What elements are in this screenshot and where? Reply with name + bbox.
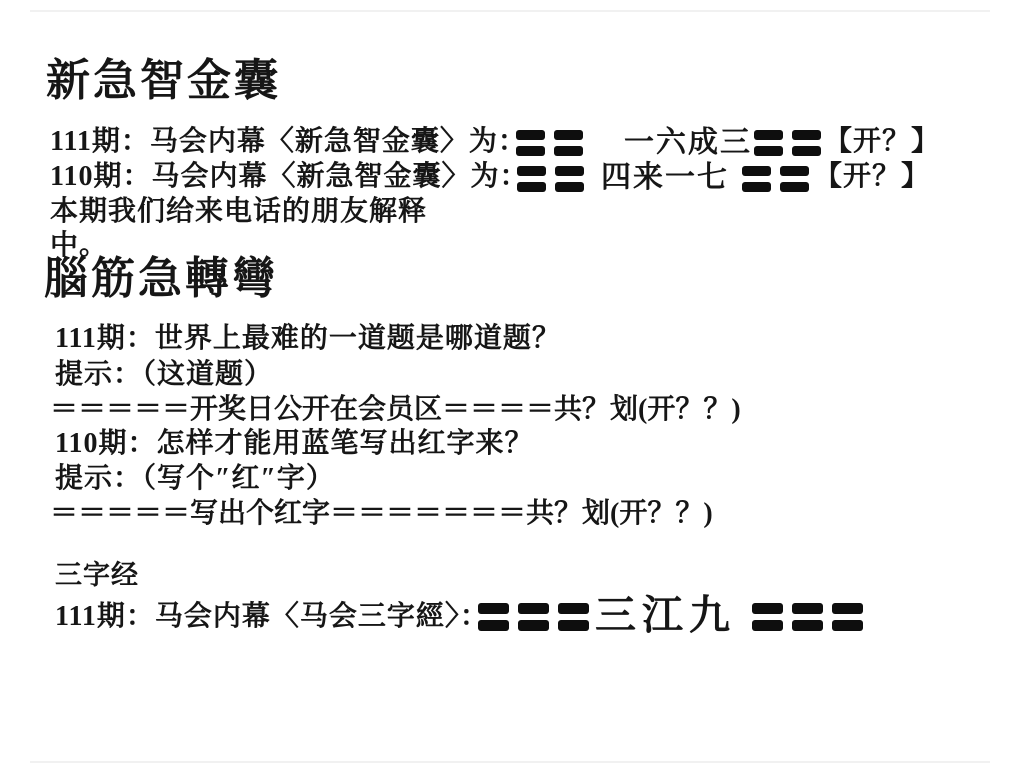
- double-bar-mark: [516, 130, 583, 156]
- triple-bar-mark: [752, 603, 863, 631]
- issue-110-result: 【开？】: [814, 161, 930, 193]
- issue-111-answer: 一六成三: [624, 126, 752, 161]
- scan-edge-top: [30, 10, 990, 12]
- issue-110-answer: 四来一七: [601, 161, 729, 196]
- riddle-110-answer-line: ＝＝＝＝＝写出个红字＝＝＝＝＝＝＝共？划(开？？): [50, 498, 713, 530]
- riddle-111-question: 111期：世界上最难的一道题是哪道题？: [55, 323, 561, 355]
- issue-111-prefix: 111期：马会内幕〈新急智金囊〉为：: [50, 126, 527, 158]
- sanzijing-111-answer: 三江九: [595, 592, 736, 639]
- double-bar-mark: [742, 166, 809, 192]
- riddle-110-hint: 提示：（写个″红″字）: [55, 463, 335, 495]
- sanzijing-111-prefix: 111期：马会内幕〈马会三字經〉：: [55, 601, 489, 633]
- scan-edge-bottom: [30, 761, 990, 763]
- double-bar-mark: [517, 166, 584, 192]
- section-heading-jinnang: 新急智金囊: [46, 56, 281, 107]
- riddle-111-hint: 提示：（这道题）: [55, 359, 273, 391]
- issue-111-result: 【开？】: [824, 126, 940, 158]
- riddle-110-question: 110期：怎样才能用蓝笔写出红字来？: [55, 428, 533, 460]
- section-heading-sanzijing: 三字经: [55, 560, 139, 591]
- section-heading-naojin: 腦筋急轉彎: [44, 254, 279, 305]
- scanned-tip-sheet: 新急智金囊 111期：马会内幕〈新急智金囊〉为： 一六成三 【开？】 110期：…: [0, 0, 1024, 781]
- triple-bar-mark: [478, 603, 589, 631]
- note-line-1: 本期我们给来电话的朋友解释: [50, 196, 427, 228]
- double-bar-mark: [754, 130, 821, 156]
- riddle-111-answer-line: ＝＝＝＝＝开奖日公开在会员区＝＝＝＝共？划(开？？): [50, 394, 741, 426]
- issue-110-prefix: 110期：马会内幕〈新急智金囊〉为：: [50, 161, 528, 193]
